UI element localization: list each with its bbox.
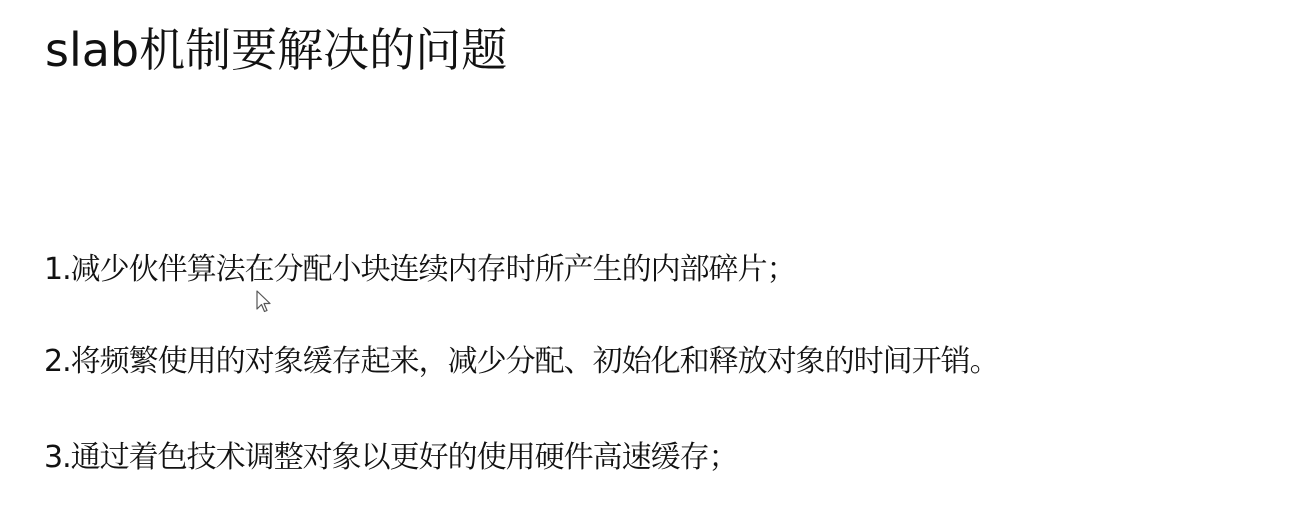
- bullet-item-1: 1.减少伙伴算法在分配小块连续内存时所产生的内部碎片；: [44, 250, 796, 290]
- bullet-item-2: 2.将频繁使用的对象缓存起来，减少分配、初始化和释放对象的时间开销。: [44, 342, 999, 382]
- slide-title: slab机制要解决的问题: [45, 20, 507, 80]
- bullet-item-3: 3.通过着色技术调整对象以更好的使用硬件高速缓存；: [44, 438, 738, 478]
- mouse-pointer-icon: [256, 290, 272, 314]
